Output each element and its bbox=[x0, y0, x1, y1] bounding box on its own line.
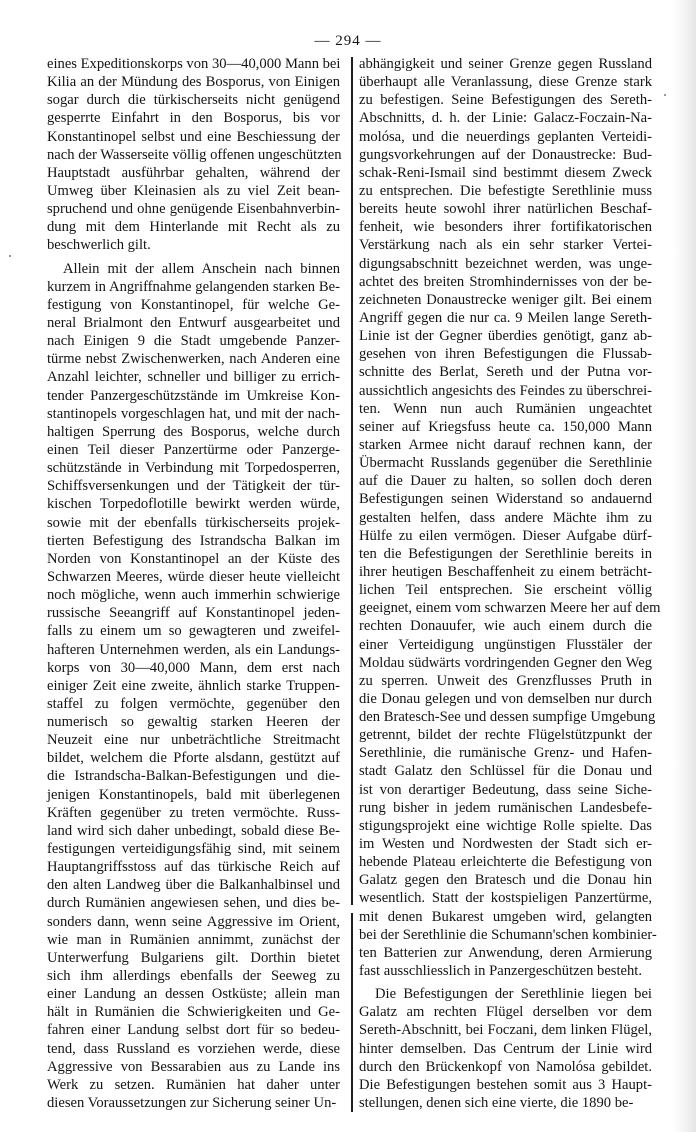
text-line: beschwerlich gilt. bbox=[47, 236, 340, 254]
text-line: den Bratesch-See und dessen sumpfige Umg… bbox=[359, 708, 652, 726]
text-line: fenheit, wie besonders ihrer fortifikato… bbox=[359, 218, 652, 236]
text-line: einiger Zeit eine zweite, ähnlich starke… bbox=[47, 677, 340, 695]
text-line: fast ausschliesslich in Panzergeschützen… bbox=[359, 962, 652, 980]
text-line: Werk zu setzen. Rumänien hat daher unter bbox=[47, 1076, 340, 1094]
paragraph: Allein mit der allem Anschein nach binne… bbox=[47, 260, 340, 1113]
text-line: sowie mit der ebenfalls türkischerseits … bbox=[47, 514, 340, 532]
text-line: jenigen Konstantinopels, bald mit überle… bbox=[47, 786, 340, 804]
text-line: staffel zu folgen vermöchte, gegenüber d… bbox=[47, 695, 340, 713]
text-line: schützstände in Verbindung mit Torpedosp… bbox=[47, 459, 340, 477]
text-line: nach der Wasserseite völlig offenen unge… bbox=[47, 146, 340, 164]
text-line: neral Brialmont den Entwurf ausgearbeite… bbox=[47, 314, 340, 332]
text-line: Galatz am rechten Flügel derselben vor d… bbox=[359, 1003, 652, 1021]
text-line: Anzahl leichter, schneller und billiger … bbox=[47, 368, 340, 386]
text-line: hebende Plateau erleichterte die Befesti… bbox=[359, 853, 652, 871]
text-line: Umweg über Kleinasien als zu viel Zeit b… bbox=[47, 182, 340, 200]
paragraph: Die Befestigungen der Serethlinie liegen… bbox=[359, 985, 652, 1112]
text-line: diesen Voraussetzungen zur Sicherung sei… bbox=[47, 1094, 340, 1112]
text-line: bildet, welchem die Pforte alsdann, gest… bbox=[47, 749, 340, 767]
text-line: festigung von Konstantinopel, für welche… bbox=[47, 296, 340, 314]
text-line: den alten Landweg über die Balkanhalbins… bbox=[47, 876, 340, 894]
text-line: auf die Dauer zu halten, so sollen doch … bbox=[359, 472, 652, 490]
text-line: stigungsprojekt eine wichtige Rolle spie… bbox=[359, 817, 652, 835]
text-line: durch den Brückenkopf von Namolósa gebil… bbox=[359, 1058, 652, 1076]
text-line: sonders dann, wenn seine Aggressive im O… bbox=[47, 913, 340, 931]
text-line: kischen Torpedoflotille bewirkt werden w… bbox=[47, 495, 340, 513]
text-line: ten die Befestigungen der Serethlinie be… bbox=[359, 545, 652, 563]
text-line: Befestigungen seinen Widerstand so andau… bbox=[359, 490, 652, 508]
text-line: rung bisher in jedem rumänischen Landesb… bbox=[359, 799, 652, 817]
text-line: tend, dass Russland es vorziehen werde, … bbox=[47, 1040, 340, 1058]
text-line: digungsabschnitt bezeichnet werden, was … bbox=[359, 255, 652, 273]
text-line: falls zu einem um so gewagteren und zwei… bbox=[47, 622, 340, 640]
text-line: Schiffsversenkungen und der Tätigkeit de… bbox=[47, 477, 340, 495]
text-line: schnitte des Berlat, Sereth und der Putn… bbox=[359, 363, 652, 381]
text-line: überhaupt alle Veranlassung, diese Grenz… bbox=[359, 73, 652, 91]
text-line: spruchend und ohne genügende Eisenbahnve… bbox=[47, 200, 340, 218]
text-line: achtet des breiten Stromhindernisses von… bbox=[359, 273, 652, 291]
text-line: stantinopels vorgeschlagen hat, und mit … bbox=[47, 405, 340, 423]
text-line: Übermacht Russlands gegenüber die Sereth… bbox=[359, 454, 652, 472]
text-line: durch Rumänien angewiesen sehen, und die… bbox=[47, 894, 340, 912]
left-column: eines Expeditionskorps von 30—40,000 Man… bbox=[47, 55, 340, 1112]
text-line: Schwarzen Meeres, würde dieser heute vie… bbox=[47, 568, 340, 586]
text-line: geeignet, einem vom schwarzen Meere her … bbox=[359, 599, 652, 617]
text-line: zu entsprechen. Die befestigte Serethlin… bbox=[359, 182, 652, 200]
text-line: nach Einigen 9 die Stadt umgebende Panze… bbox=[47, 332, 340, 350]
text-line: Hauptangriffsstoss auf das türkische Rei… bbox=[47, 858, 340, 876]
text-line: russische Seeangriff auf Konstantinopel … bbox=[47, 604, 340, 622]
text-line: dung mit dem Hinterlande mit Recht als z… bbox=[47, 218, 340, 236]
text-line: korps von 30—40,000 Mann, dem erst nach bbox=[47, 659, 340, 677]
page-number: — 294 — bbox=[0, 33, 696, 50]
text-line: seiner auf Kriegsfuss heute ca. 150,000 … bbox=[359, 418, 652, 436]
column-divider bbox=[351, 57, 353, 1112]
text-line: Galatz gegen den Bratesch und die Donau … bbox=[359, 871, 652, 889]
text-line: zu befestigen. Seine Befestigungen des S… bbox=[359, 91, 652, 109]
text-line: Moldau südwärts vordringenden Gegner den… bbox=[359, 654, 652, 672]
text-line: wie man in Rumänien annimmt, zunächst de… bbox=[47, 931, 340, 949]
text-line: Konstantinopel selbst und eine Beschiess… bbox=[47, 128, 340, 146]
text-line: gesperrte Einfahrt in den Bosporus, bis … bbox=[47, 109, 340, 127]
text-line: Linie ist der Gegner überdies genötigt, … bbox=[359, 327, 652, 345]
text-line: einen Teil dieser Panzertürme oder Panze… bbox=[47, 441, 340, 459]
text-line: Aggressive von Bessarabien aus zu Lande … bbox=[47, 1058, 340, 1076]
text-line: ist von derartiger Bedeutung, dass seine… bbox=[359, 781, 652, 799]
text-line: starken Armee nicht darauf rechnen kann,… bbox=[359, 436, 652, 454]
text-line: Abschnitts, d. h. der Linie: Galacz-Focz… bbox=[359, 109, 652, 127]
text-line: Unterwerfung Bulgariens gilt. Dorthin bi… bbox=[47, 949, 340, 967]
text-line: ihrer heutigen Beschaffenheit zu einem b… bbox=[359, 563, 652, 581]
text-line: rechten Donauufer, wie auch einem durch … bbox=[359, 617, 652, 635]
text-line: mit denen Bukarest umgeben wird, gelangt… bbox=[359, 908, 652, 926]
page-edge-shadow bbox=[674, 0, 696, 1132]
text-line: hinter demselben. Das Centrum der Linie … bbox=[359, 1040, 652, 1058]
column-divider-gap bbox=[350, 905, 354, 913]
text-line: Angriff gegen die nur ca. 9 Meilen lange… bbox=[359, 309, 652, 327]
scan-speck bbox=[9, 255, 11, 257]
text-line: bei der Serethlinie die Schumann'schen k… bbox=[359, 926, 652, 944]
text-line: lichen Teil entsprechen. Sie erscheint v… bbox=[359, 581, 652, 599]
text-line: fahren einer Landung selbst dort für so … bbox=[47, 1021, 340, 1039]
text-line: eines Expeditionskorps von 30—40,000 Man… bbox=[47, 55, 340, 73]
text-line: die Donau gelegen und von demselben nur … bbox=[359, 690, 652, 708]
text-line: noch mögliche, wenn auch immerhin schwie… bbox=[47, 586, 340, 604]
text-line: Norden von Konstantinopel an der Küste d… bbox=[47, 550, 340, 568]
text-line: Die Befestigungen bestehen somit aus 3 H… bbox=[359, 1076, 652, 1094]
text-line: tender Panzergeschützstände im Umkreise … bbox=[47, 387, 340, 405]
text-line: Hauptstadt ausführbar gehalten, während … bbox=[47, 164, 340, 182]
text-line: schak-Reni-Ismail sind bestimmt diesem Z… bbox=[359, 164, 652, 182]
text-line: zeichneten Donaustrecke weniger gilt. Be… bbox=[359, 291, 652, 309]
text-line: Hülfe zu eilen vermögen. Dieser Aufgabe … bbox=[359, 527, 652, 545]
text-line: einer Verteidigung ungünstigen Flusstäle… bbox=[359, 636, 652, 654]
text-line: stellungen, denen sich eine vierte, die … bbox=[359, 1094, 652, 1112]
text-line: abhängigkeit und seiner Grenze gegen Rus… bbox=[359, 55, 652, 73]
scan-speck bbox=[664, 94, 666, 96]
text-line: Sereth-Abschnitt, bei Foczani, dem linke… bbox=[359, 1021, 652, 1039]
text-line: Kilia an der Mündung des Bosporus, von E… bbox=[47, 73, 340, 91]
text-line: Kräften gegenüber zu treten vermöchte. R… bbox=[47, 804, 340, 822]
text-line: ten. Wenn nun auch Rumänien ungeachtet bbox=[359, 400, 652, 418]
text-line: Verstärkung nach als ein sehr starker Ve… bbox=[359, 236, 652, 254]
text-line: Die Befestigungen der Serethlinie liegen… bbox=[359, 985, 652, 1003]
text-line: im Westen und Nordwesten der Stadt sich … bbox=[359, 835, 652, 853]
text-line: hafteren Unternehmen werden, als ein Lan… bbox=[47, 641, 340, 659]
text-line: Serethlinie, die rumänische Grenz- und H… bbox=[359, 744, 652, 762]
text-line: getrennt, bildet der rechte Flügelstützp… bbox=[359, 726, 652, 744]
paragraph: eines Expeditionskorps von 30—40,000 Man… bbox=[47, 55, 340, 255]
text-line: ten Batterien zur Anwendung, deren Armie… bbox=[359, 944, 652, 962]
right-column: abhängigkeit und seiner Grenze gegen Rus… bbox=[359, 55, 652, 1112]
text-line: aussichtlich angesichts des Feindes zu ü… bbox=[359, 382, 652, 400]
text-line: türme nebst Zwischenwerken, nach Anderen… bbox=[47, 350, 340, 368]
text-line: festigungen verteidigungsfähig sind, mit… bbox=[47, 840, 340, 858]
text-line: die Istrandscha-Balkan-Befestigungen und… bbox=[47, 767, 340, 785]
text-line: Allein mit der allem Anschein nach binne… bbox=[47, 260, 340, 278]
text-line: zu sperren. Unweit des Grenzflusses Prut… bbox=[359, 672, 652, 690]
text-line: bereits heute sowohl ihrer natürlichen B… bbox=[359, 200, 652, 218]
text-line: land wird sich daher unbedingt, sobald d… bbox=[47, 822, 340, 840]
text-line: haltigen Sperrung des Bosporus, welche d… bbox=[47, 423, 340, 441]
text-line: sich ihm allerdings ebenfalls der Seeweg… bbox=[47, 967, 340, 985]
text-line: sogar durch die türkischerseits nicht ge… bbox=[47, 91, 340, 109]
text-line: wesentlich. Statt der kostspieligen Panz… bbox=[359, 889, 652, 907]
paragraph: abhängigkeit und seiner Grenze gegen Rus… bbox=[359, 55, 652, 980]
text-line: Neuzeit eine nur unbeträchtliche Streitm… bbox=[47, 731, 340, 749]
text-line: gungsvorkehrungen auf der Donaustrecke: … bbox=[359, 146, 652, 164]
text-line: stadt Galatz den Schlüssel für die Donau… bbox=[359, 762, 652, 780]
text-line: gestalten helfen, dass andere Mächte ihm… bbox=[359, 509, 652, 527]
text-line: kurzem in Angriffnahme gelangenden stark… bbox=[47, 278, 340, 296]
text-line: tierten Befestigung des Istrandscha Balk… bbox=[47, 532, 340, 550]
text-line: molósa, und die neuerdings geplanten Ver… bbox=[359, 128, 652, 146]
text-line: numerisch so gewaltig starken Heeren der bbox=[47, 713, 340, 731]
text-line: gesehen von ihren Befestigungen die Flus… bbox=[359, 345, 652, 363]
text-line: hält in Rumänien die Schwierigkeiten und… bbox=[47, 1003, 340, 1021]
text-line: einer Landung an dessen Ostküste; allein… bbox=[47, 985, 340, 1003]
